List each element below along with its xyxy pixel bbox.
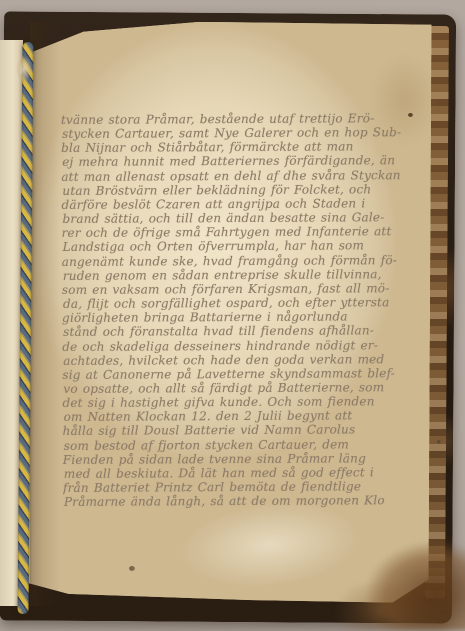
photo-background: tvänne stora Pråmar, bestående utaf tret… <box>0 0 465 631</box>
manuscript-line: ej mehra hunnit med Batteriernes förfärd… <box>61 154 409 170</box>
manuscript-line: de och skadeliga desseiners hindrande nö… <box>62 338 410 354</box>
manuscript-line: Pråmarne ända långh, så att de om morgon… <box>63 493 411 509</box>
manuscript-line: angenämt kunde ske, hvad framgång och fö… <box>62 253 410 269</box>
manuscript-line: stånd och föranstalta hvad till fiendens… <box>62 323 410 339</box>
manuscript-line: stycken Cartauer, samt Nye Galerer och e… <box>61 125 409 141</box>
manuscript-line: Landstiga och Orten öfverrumpla, har han… <box>62 238 410 254</box>
manuscript-line: achtades, hvilcket och hade den goda ver… <box>62 352 410 368</box>
ink-speck <box>437 440 441 444</box>
manuscript-line: att man allenast opsatt en dehl af dhe s… <box>61 168 409 184</box>
gutter-shadow <box>30 22 60 606</box>
manuscript-text-block: tvänne stora Pråmar, bestående utaf tret… <box>61 111 411 509</box>
ink-speck <box>129 566 135 571</box>
manuscript-line: da, flijt och sorgfällighet ospard, och … <box>62 295 410 311</box>
cord-fray <box>16 56 32 82</box>
bottom-corner-stain <box>330 515 465 630</box>
manuscript-line: det sig i hastighet gifva kunde. Och som… <box>62 394 410 410</box>
